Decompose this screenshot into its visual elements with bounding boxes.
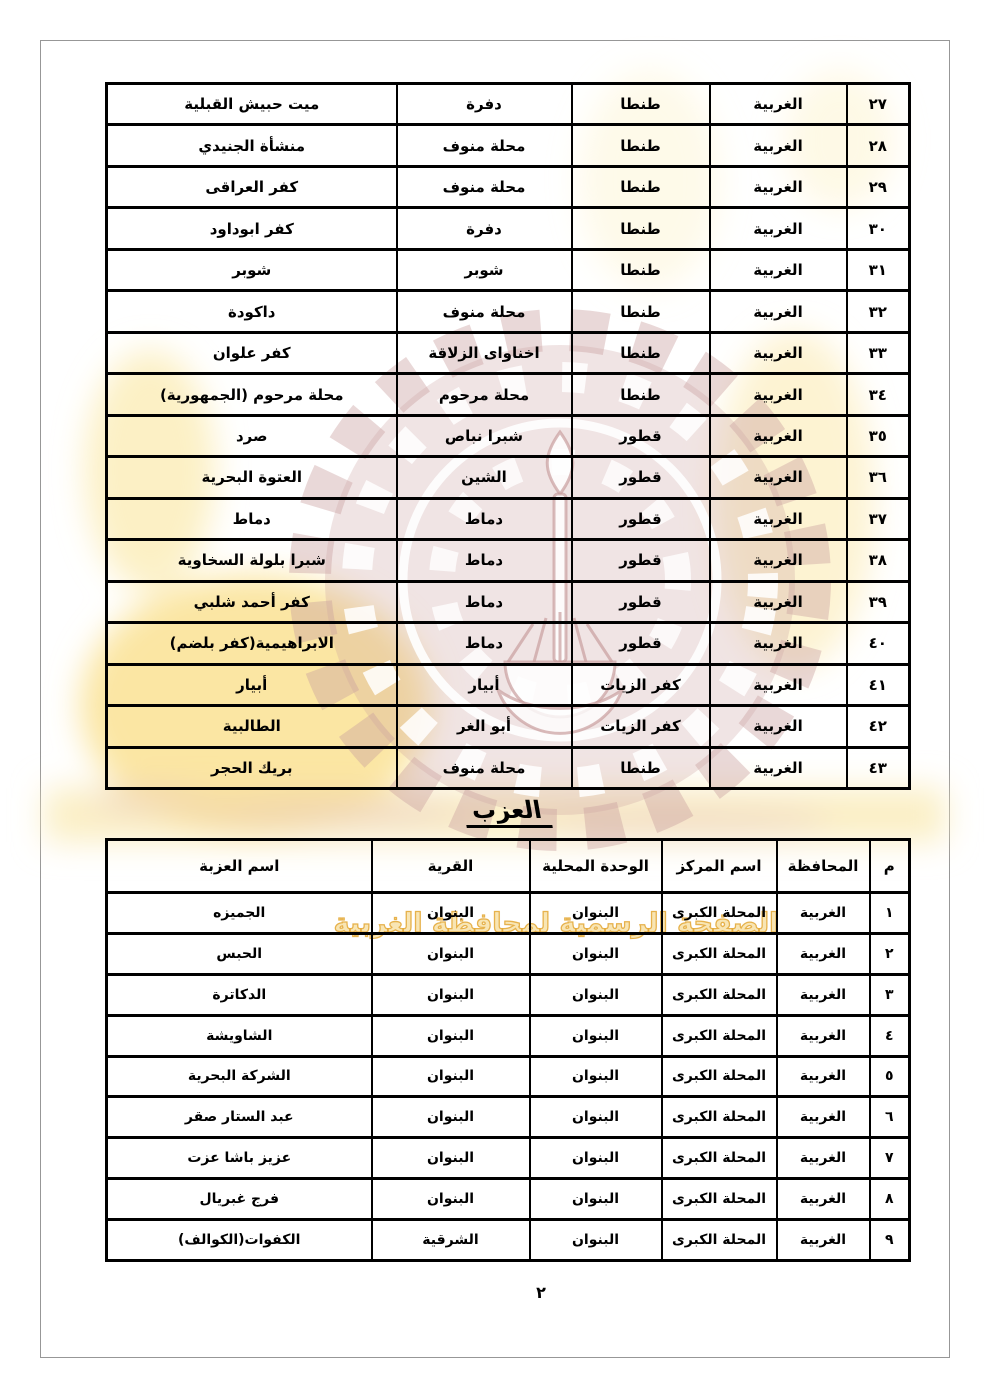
table-cell-num: ٤٢	[847, 706, 910, 747]
table-cell-center: طنطا	[572, 84, 710, 125]
table-cell-num: ٣١	[847, 249, 910, 290]
table-cell-village: محلة مرحوم (الجمهورية)	[107, 374, 397, 415]
table-row: ٣٤الغربيةطنطامحلة مرحوممحلة مرحوم (الجمه…	[107, 374, 910, 415]
table-row: ٩الغربيةالمحلة الكبرىالبنوانالشرقيةالكفو…	[107, 1220, 910, 1261]
villages-table-body: ٢٧الغربيةطنطادفرةميت حبيش القبلية٢٨الغرب…	[107, 84, 910, 789]
table-cell-gov: الغربية	[710, 208, 847, 249]
column-header-serial: م	[870, 840, 910, 893]
table-cell-num: ٥	[870, 1056, 910, 1097]
table-cell-village: البنوان	[372, 1015, 530, 1056]
table-cell-gov: الغربية	[710, 249, 847, 290]
table-cell-village: منشأة الجنيدي	[107, 125, 397, 166]
table-cell-gov: الغربية	[710, 415, 847, 456]
table-row: ٢٨الغربيةطنطامحلة منوفمنشأة الجنيدي	[107, 125, 910, 166]
column-header-center-name: اسم المركز	[662, 840, 777, 893]
table-cell-gov: الغربية	[777, 1220, 870, 1261]
table-cell-unit: اخناواى الزلاقة	[397, 332, 572, 373]
table-row: ٤١الغربيةكفر الزياتأبيارأبيار	[107, 664, 910, 705]
table-cell-unit: البنوان	[530, 1015, 662, 1056]
table-cell-gov: الغربية	[777, 893, 870, 934]
table-cell-gov: الغربية	[777, 1056, 870, 1097]
table-cell-village: داكودة	[107, 291, 397, 332]
table-cell-center: قطور	[572, 498, 710, 539]
table-row: ٣٩الغربيةقطوردماطكفر أحمد شلبي	[107, 581, 910, 622]
table-row: ٨الغربيةالمحلة الكبرىالبنوانالبنوانفرج غ…	[107, 1179, 910, 1220]
villages-table-continued: ٢٧الغربيةطنطادفرةميت حبيش القبلية٢٨الغرب…	[105, 82, 911, 790]
table-cell-gov: الغربية	[710, 457, 847, 498]
table-cell-gov: الغربية	[710, 84, 847, 125]
table-cell-center: طنطا	[572, 291, 710, 332]
table-cell-num: ٣٩	[847, 581, 910, 622]
table-cell-gov: الغربية	[710, 623, 847, 664]
table-cell-unit: دفرة	[397, 84, 572, 125]
table-cell-center: قطور	[572, 415, 710, 456]
table-cell-gov: الغربية	[777, 974, 870, 1015]
table-cell-center: المحلة الكبرى	[662, 974, 777, 1015]
section-title-text: العزب	[461, 796, 552, 828]
table-cell-gov: الغربية	[710, 166, 847, 207]
table-cell-num: ٣	[870, 974, 910, 1015]
table-cell-village: البنوان	[372, 933, 530, 974]
table-cell-hamlet: فرج غبريال	[107, 1179, 372, 1220]
table-row: ١الغربيةالمحلة الكبرىالبنوانالبنوانالجمي…	[107, 893, 910, 934]
table-cell-center: المحلة الكبرى	[662, 1056, 777, 1097]
table-cell-hamlet: عبد الستار صقر	[107, 1097, 372, 1138]
table-cell-center: المحلة الكبرى	[662, 1015, 777, 1056]
hamlets-table-header: م المحافظة اسم المركز الوحدة المحلية الق…	[107, 840, 910, 893]
table-cell-gov: الغربية	[710, 291, 847, 332]
table-cell-unit: دفرة	[397, 208, 572, 249]
table-row: ٣٧الغربيةقطوردماطدماط	[107, 498, 910, 539]
section-title: العزب	[105, 796, 908, 828]
column-header-village: القرية	[372, 840, 530, 893]
table-cell-center: قطور	[572, 623, 710, 664]
table-cell-unit: الشين	[397, 457, 572, 498]
table-cell-center: طنطا	[572, 125, 710, 166]
table-cell-center: قطور	[572, 581, 710, 622]
table-row: ٤٠الغربيةقطوردماطالابراهيمية(كفر بلضم)	[107, 623, 910, 664]
table-cell-gov: الغربية	[777, 1097, 870, 1138]
table-row: ٣٣الغربيةطنطااخناواى الزلاقةكفر علوان	[107, 332, 910, 373]
table-cell-unit: أبيار	[397, 664, 572, 705]
table-cell-village: كفر ابوداود	[107, 208, 397, 249]
column-header-governorate: المحافظة	[777, 840, 870, 893]
table-cell-unit: محلة منوف	[397, 291, 572, 332]
table-cell-unit: شوبر	[397, 249, 572, 290]
table-row: ٣٠الغربيةطنطادفرةكفر ابوداود	[107, 208, 910, 249]
table-cell-num: ٢٨	[847, 125, 910, 166]
table-cell-village: الطالبية	[107, 706, 397, 747]
table-cell-hamlet: الشركة البحرية	[107, 1056, 372, 1097]
table-cell-center: المحلة الكبرى	[662, 1138, 777, 1179]
table-row: ٧الغربيةالمحلة الكبرىالبنوانالبنوانعزيز …	[107, 1138, 910, 1179]
table-row: ٢الغربيةالمحلة الكبرىالبنوانالبنوانالحبس	[107, 933, 910, 974]
table-cell-village: البنوان	[372, 893, 530, 934]
table-cell-center: قطور	[572, 540, 710, 581]
table-header-row: م المحافظة اسم المركز الوحدة المحلية الق…	[107, 840, 910, 893]
table-cell-hamlet: الحبس	[107, 933, 372, 974]
table-cell-num: ٧	[870, 1138, 910, 1179]
table-row: ٥الغربيةالمحلة الكبرىالبنوانالبنوانالشرك…	[107, 1056, 910, 1097]
table-cell-gov: الغربية	[710, 664, 847, 705]
table-cell-village: شوبر	[107, 249, 397, 290]
table-cell-gov: الغربية	[710, 498, 847, 539]
table-cell-village: البنوان	[372, 1056, 530, 1097]
table-cell-num: ٣٠	[847, 208, 910, 249]
table-cell-unit: دماط	[397, 498, 572, 539]
table-cell-unit: محلة منوف	[397, 166, 572, 207]
table-row: ٤٢الغربيةكفر الزياتأبو الغرالطالبية	[107, 706, 910, 747]
table-cell-unit: البنوان	[530, 1220, 662, 1261]
table-cell-village: البنوان	[372, 974, 530, 1015]
table-cell-village: العتوة البحرية	[107, 457, 397, 498]
table-cell-village: كفر علوان	[107, 332, 397, 373]
hamlets-table-body: ١الغربيةالمحلة الكبرىالبنوانالبنوانالجمي…	[107, 893, 910, 1261]
table-cell-unit: دماط	[397, 623, 572, 664]
hamlets-table: م المحافظة اسم المركز الوحدة المحلية الق…	[105, 838, 911, 1262]
table-cell-num: ٣٥	[847, 415, 910, 456]
table-cell-num: ٤١	[847, 664, 910, 705]
column-header-hamlet-name: اسم العزبة	[107, 840, 372, 893]
table-row: ٤الغربيةالمحلة الكبرىالبنوانالبنوانالشاو…	[107, 1015, 910, 1056]
table-cell-village: البنوان	[372, 1138, 530, 1179]
table-cell-center: كفر الزيات	[572, 664, 710, 705]
table-cell-num: ٩	[870, 1220, 910, 1261]
table-cell-gov: الغربية	[710, 581, 847, 622]
table-cell-unit: دماط	[397, 581, 572, 622]
table-cell-unit: البنوان	[530, 1179, 662, 1220]
table-cell-center: طنطا	[572, 374, 710, 415]
table-cell-unit: البنوان	[530, 933, 662, 974]
table-cell-hamlet: الشاويشة	[107, 1015, 372, 1056]
table-cell-village: البنوان	[372, 1097, 530, 1138]
table-cell-num: ٣٨	[847, 540, 910, 581]
table-cell-gov: الغربية	[777, 1179, 870, 1220]
table-cell-village: بريك الحجر	[107, 747, 397, 789]
table-cell-num: ٤	[870, 1015, 910, 1056]
table-cell-gov: الغربية	[710, 332, 847, 373]
table-cell-unit: محلة منوف	[397, 125, 572, 166]
table-cell-num: ٦	[870, 1097, 910, 1138]
table-cell-num: ٣٤	[847, 374, 910, 415]
table-cell-gov: الغربية	[710, 747, 847, 789]
table-cell-unit: أبو الغر	[397, 706, 572, 747]
table-cell-unit: البنوان	[530, 1056, 662, 1097]
table-cell-gov: الغربية	[710, 540, 847, 581]
table-cell-village: صرد	[107, 415, 397, 456]
table-row: ٢٧الغربيةطنطادفرةميت حبيش القبلية	[107, 84, 910, 125]
table-cell-center: المحلة الكبرى	[662, 933, 777, 974]
table-row: ٣٨الغربيةقطوردماطشبرا بلولة السخاوية	[107, 540, 910, 581]
table-cell-num: ٣٦	[847, 457, 910, 498]
table-cell-center: المحلة الكبرى	[662, 1179, 777, 1220]
table-cell-num: ٤٠	[847, 623, 910, 664]
table-cell-unit: البنوان	[530, 1138, 662, 1179]
table-cell-unit: دماط	[397, 540, 572, 581]
table-cell-num: ٣٣	[847, 332, 910, 373]
table-cell-unit: محلة منوف	[397, 747, 572, 789]
table-cell-village: دماط	[107, 498, 397, 539]
table-cell-hamlet: الدكاترة	[107, 974, 372, 1015]
table-cell-center: المحلة الكبرى	[662, 893, 777, 934]
document-page: الصفحة الرسمية لمحافظة الغربية ٢٧الغربية…	[0, 0, 990, 1400]
table-cell-village: كفر أحمد شلبي	[107, 581, 397, 622]
table-cell-village: البنوان	[372, 1179, 530, 1220]
table-cell-center: المحلة الكبرى	[662, 1220, 777, 1261]
table-cell-unit: البنوان	[530, 974, 662, 1015]
table-cell-hamlet: عزيز باشا عزت	[107, 1138, 372, 1179]
table-cell-center: طنطا	[572, 249, 710, 290]
table-row: ٣٥الغربيةقطورشبرا نباصصرد	[107, 415, 910, 456]
table-cell-num: ٢	[870, 933, 910, 974]
table-row: ٣الغربيةالمحلة الكبرىالبنوانالبنوانالدكا…	[107, 974, 910, 1015]
table-cell-num: ٨	[870, 1179, 910, 1220]
table-cell-num: ٣٧	[847, 498, 910, 539]
table-cell-gov: الغربية	[710, 125, 847, 166]
table-cell-center: طنطا	[572, 208, 710, 249]
table-cell-village: أبيار	[107, 664, 397, 705]
table-cell-village: الشرقية	[372, 1220, 530, 1261]
table-cell-gov: الغربية	[777, 1015, 870, 1056]
table-cell-center: كفر الزيات	[572, 706, 710, 747]
table-cell-center: طنطا	[572, 166, 710, 207]
table-row: ٣٢الغربيةطنطامحلة منوفداكودة	[107, 291, 910, 332]
table-cell-center: طنطا	[572, 332, 710, 373]
table-cell-unit: شبرا نباص	[397, 415, 572, 456]
table-cell-center: المحلة الكبرى	[662, 1097, 777, 1138]
table-cell-hamlet: الكفوات(الكوالف)	[107, 1220, 372, 1261]
table-cell-hamlet: الجميزه	[107, 893, 372, 934]
column-header-local-unit: الوحدة المحلية	[530, 840, 662, 893]
table-cell-unit: محلة مرحوم	[397, 374, 572, 415]
table-cell-num: ٢٩	[847, 166, 910, 207]
table-cell-village: كفر العراقى	[107, 166, 397, 207]
table-cell-num: ٤٣	[847, 747, 910, 789]
table-row: ٤٣الغربيةطنطامحلة منوفبريك الحجر	[107, 747, 910, 789]
table-cell-village: الابراهيمية(كفر بلضم)	[107, 623, 397, 664]
table-cell-center: طنطا	[572, 747, 710, 789]
table-cell-num: ٢٧	[847, 84, 910, 125]
table-cell-unit: البنوان	[530, 893, 662, 934]
table-cell-village: شبرا بلولة السخاوية	[107, 540, 397, 581]
table-cell-gov: الغربية	[710, 706, 847, 747]
table-cell-gov: الغربية	[710, 374, 847, 415]
table-cell-gov: الغربية	[777, 1138, 870, 1179]
table-cell-num: ٣٢	[847, 291, 910, 332]
table-row: ٢٩الغربيةطنطامحلة منوفكفر العراقى	[107, 166, 910, 207]
table-cell-unit: البنوان	[530, 1097, 662, 1138]
table-row: ٣٦الغربيةقطورالشينالعتوة البحرية	[107, 457, 910, 498]
table-cell-num: ١	[870, 893, 910, 934]
table-cell-gov: الغربية	[777, 933, 870, 974]
page-number: ٢	[518, 1283, 564, 1302]
table-row: ٣١الغربيةطنطاشوبرشوبر	[107, 249, 910, 290]
table-row: ٦الغربيةالمحلة الكبرىالبنوانالبنوانعبد ا…	[107, 1097, 910, 1138]
table-cell-village: ميت حبيش القبلية	[107, 84, 397, 125]
table-cell-center: قطور	[572, 457, 710, 498]
